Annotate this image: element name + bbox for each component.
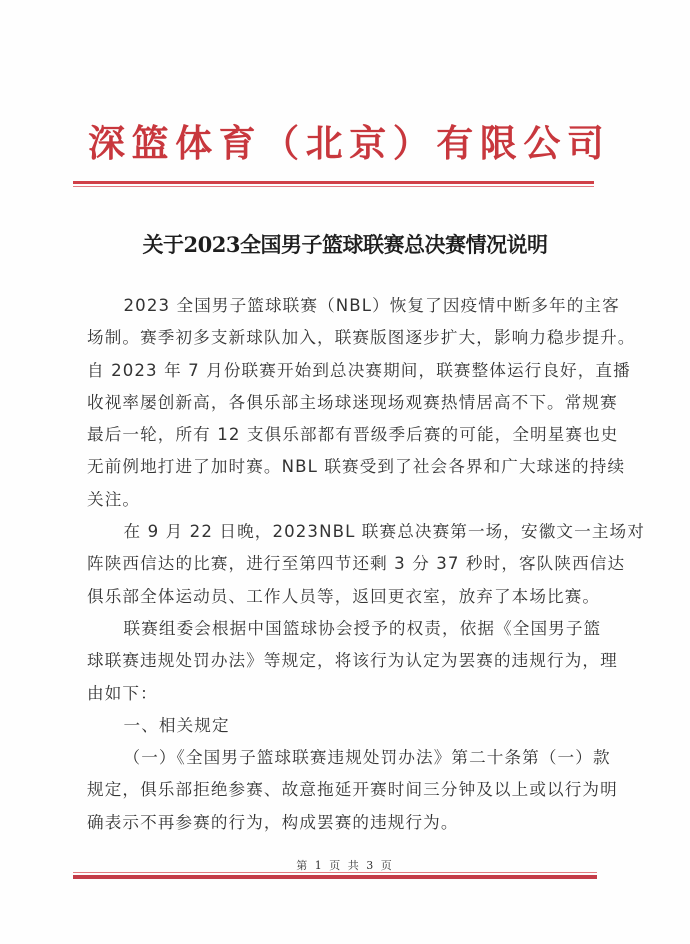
letterhead-char: （: [262, 118, 299, 168]
text-line: 联赛组委会根据中国篮球协会授予的权责，依据《全国男子篮: [87, 613, 604, 645]
text-line: 确表示不再参赛的行为，构成罢赛的违规行为。: [87, 807, 604, 839]
letterhead-char: 体: [175, 118, 212, 168]
footer-red-divider: [73, 872, 597, 879]
section-heading-regulations: 一、相关规定: [87, 710, 604, 742]
text-line: 俱乐部全体运动员、工作人员等，返回更衣室，放弃了本场比赛。: [87, 581, 604, 613]
letterhead-company-name: 深 篮 体 育 （ 北 京 ） 有 限 公 司: [88, 118, 604, 168]
divider-thin-line: [73, 186, 594, 187]
text-line: 关注。: [87, 484, 604, 516]
document-body: 2023 全国男子篮球联赛（NBL）恢复了因疫情中断多年的主客 场制。赛季初多支…: [87, 290, 604, 839]
divider-thin-line: [73, 872, 597, 873]
letterhead-char: ）: [393, 118, 430, 168]
text-line: 2023 全国男子篮球联赛（NBL）恢复了因疫情中断多年的主客: [87, 290, 604, 322]
text-line: 阵陕西信达的比赛，进行至第四节还剩 3 分 37 秒时，客队陕西信达: [87, 548, 604, 580]
letterhead-char: 司: [567, 118, 604, 168]
letterhead-char: 深: [88, 118, 125, 168]
paragraph-regulation-clause: （一）《全国男子篮球联赛违规处罚办法》第二十条第（一）款 规定，俱乐部拒绝参赛、…: [87, 742, 604, 839]
paragraph-intro: 2023 全国男子篮球联赛（NBL）恢复了因疫情中断多年的主客 场制。赛季初多支…: [87, 290, 604, 516]
text-line: 规定，俱乐部拒绝参赛、故意拖延开赛时间三分钟及以上或以行为明: [87, 774, 604, 806]
letterhead-char: 京: [349, 118, 386, 168]
letterhead-char: 篮: [132, 118, 169, 168]
letterhead-red-divider: [73, 181, 594, 187]
document-page: 深 篮 体 育 （ 北 京 ） 有 限 公 司 关于2023全国男子篮球联赛总决…: [0, 0, 690, 944]
page-number-indicator: 第 1 页 共 3 页: [0, 857, 690, 873]
document-title: 关于2023全国男子篮球联赛总决赛情况说明: [0, 229, 690, 259]
text-line: 无前例地打进了加时赛。NBL 联赛受到了社会各界和广大球迷的持续: [87, 451, 604, 483]
letterhead-char: 育: [219, 118, 256, 168]
divider-thick-line: [73, 181, 594, 184]
text-line: 收视率屡创新高，各俱乐部主场球迷现场观赛热情居高不下。常规赛: [87, 387, 604, 419]
text-line: （一）《全国男子篮球联赛违规处罚办法》第二十条第（一）款: [87, 742, 604, 774]
letterhead-char: 公: [523, 118, 560, 168]
text-line: 场制。赛季初多支新球队加入，联赛版图逐步扩大，影响力稳步提升。: [87, 322, 604, 354]
paragraph-incident: 在 9 月 22 日晚，2023NBL 联赛总决赛第一场，安徽文一主场对 阵陕西…: [87, 516, 604, 613]
text-line: 在 9 月 22 日晚，2023NBL 联赛总决赛第一场，安徽文一主场对: [87, 516, 604, 548]
text-line: 由如下：: [87, 678, 604, 710]
letterhead-char: 北: [306, 118, 343, 168]
letterhead-char: 有: [436, 118, 473, 168]
letterhead-char: 限: [480, 118, 517, 168]
paragraph-ruling: 联赛组委会根据中国篮球协会授予的权责，依据《全国男子篮 球联赛违规处罚办法》等规…: [87, 613, 604, 710]
text-line: 自 2023 年 7 月份联赛开始到总决赛期间，联赛整体运行良好，直播: [87, 355, 604, 387]
text-line: 最后一轮，所有 12 支俱乐部都有晋级季后赛的可能，全明星赛也史: [87, 419, 604, 451]
text-line: 球联赛违规处罚办法》等规定，将该行为认定为罢赛的违规行为，理: [87, 645, 604, 677]
section-heading: 一、相关规定: [87, 710, 604, 742]
divider-thick-line: [73, 875, 597, 879]
